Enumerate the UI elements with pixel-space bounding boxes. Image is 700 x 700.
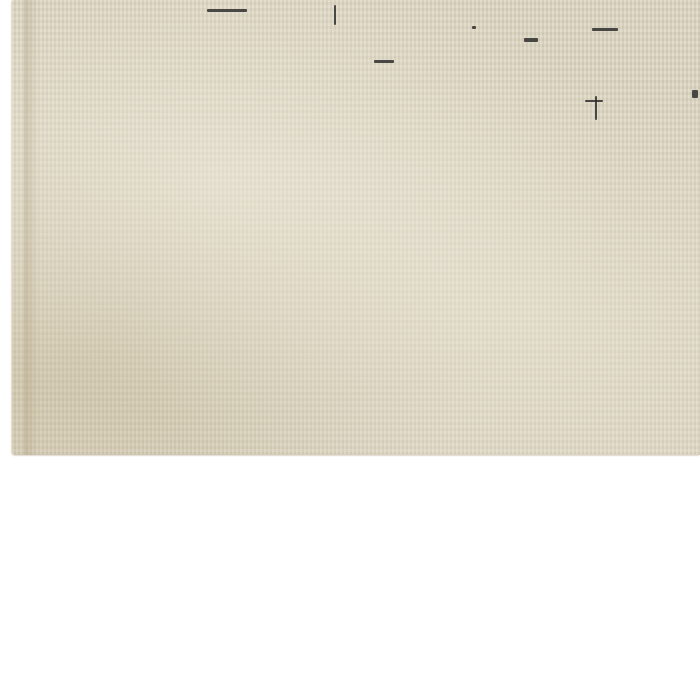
dark-fleck xyxy=(207,9,247,12)
rug-left-edge xyxy=(24,0,38,455)
dark-fleck xyxy=(585,100,603,102)
dark-fleck xyxy=(524,38,538,42)
rug xyxy=(12,0,700,455)
dark-fleck xyxy=(374,60,394,63)
dark-fleck xyxy=(592,28,618,31)
dark-fleck xyxy=(334,5,336,25)
dark-fleck xyxy=(472,26,476,29)
dark-fleck xyxy=(595,96,597,120)
dark-fleck xyxy=(692,90,698,98)
